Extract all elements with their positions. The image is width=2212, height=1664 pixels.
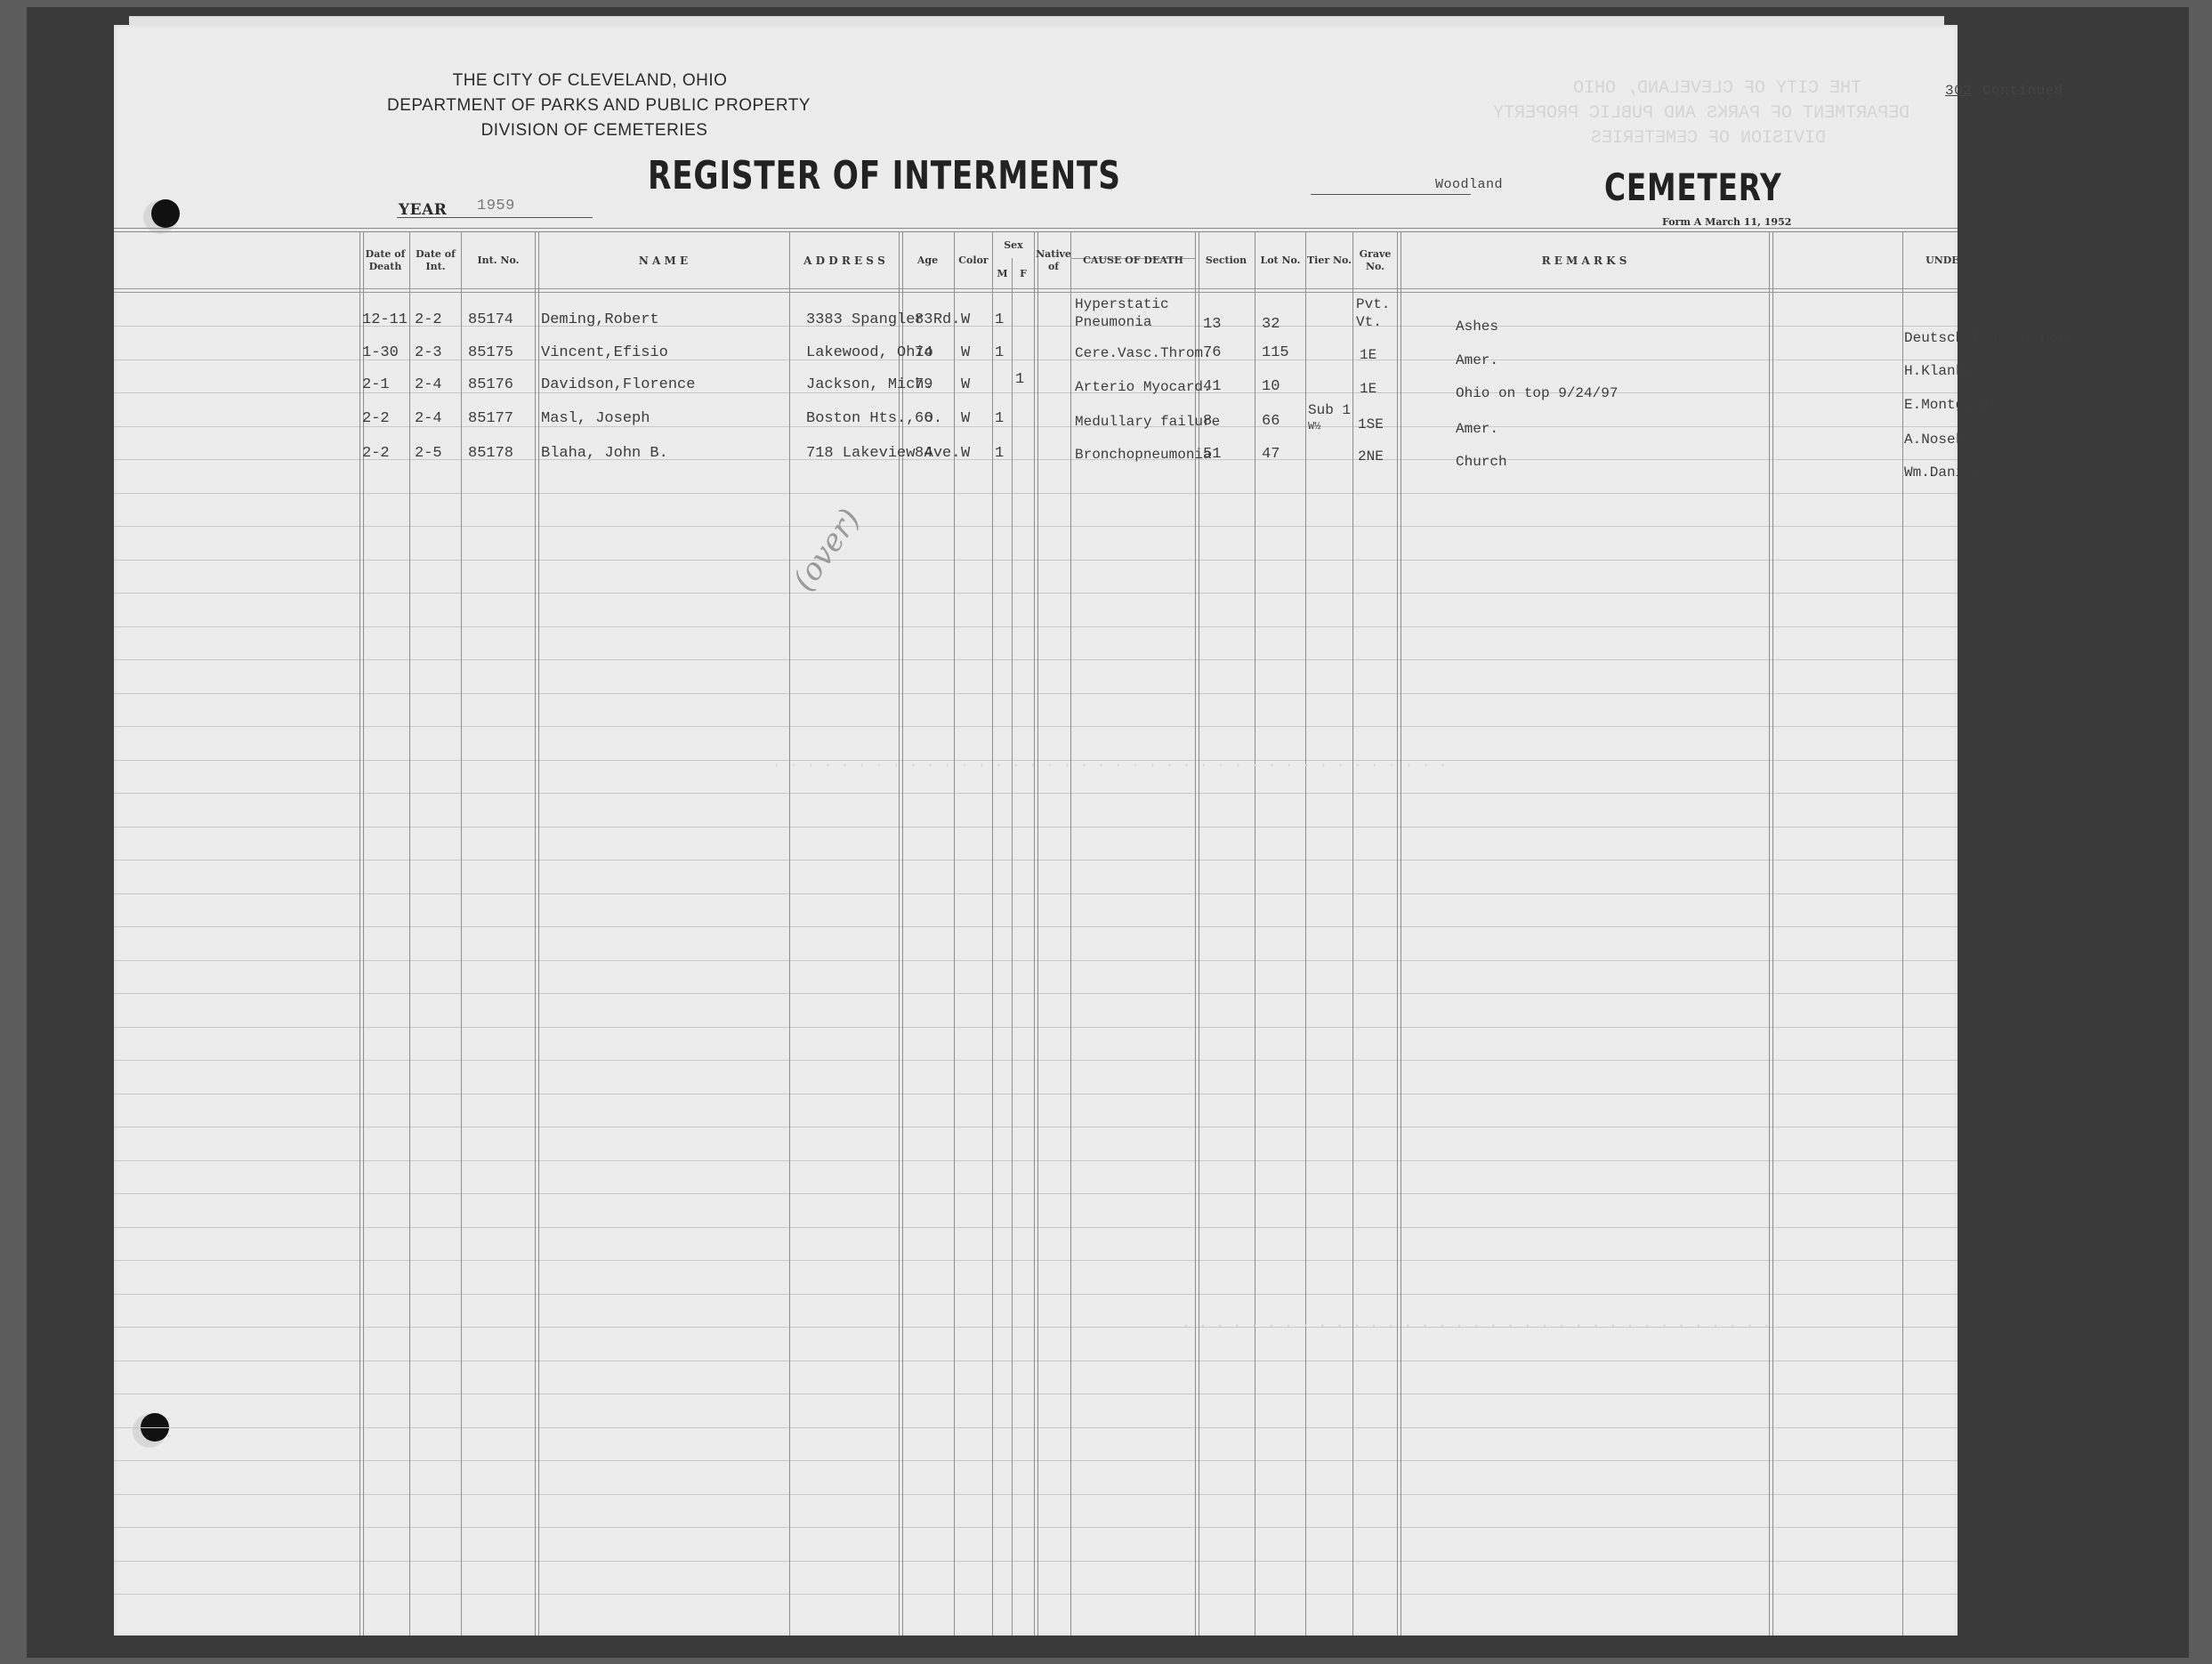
- cell-int-no: 85177: [468, 411, 513, 427]
- cell-lot: 115: [1262, 345, 1289, 361]
- cell-color: W: [961, 377, 970, 393]
- cell-cause: Cere.Vasc.Throm.: [1075, 345, 1212, 361]
- col-divider: [1070, 231, 1071, 1636]
- col-header-section: Section: [1198, 233, 1255, 288]
- year-underline: [397, 217, 593, 218]
- cell-section: 51: [1203, 447, 1221, 463]
- cell-date-of-death: 2-2: [362, 446, 390, 462]
- cell-section: 76: [1203, 345, 1221, 361]
- cemetery-name-underline: [1311, 194, 1471, 195]
- cell-date-of-death: 2-2: [362, 411, 390, 427]
- page-number: 302: [1945, 83, 1972, 99]
- cell-name: Masl, Joseph: [541, 411, 650, 427]
- cell-grave: 1E: [1360, 347, 1376, 363]
- cell-sex-m: 1: [995, 411, 1004, 427]
- cell-section: 41: [1203, 379, 1221, 395]
- cell-cause: Bronchopneumonia: [1075, 447, 1212, 463]
- bleed-through-text: . . . . . . . . . . . . . . . . . . . . …: [1182, 1315, 1772, 1331]
- col-header-remarks: R E M A R K S: [1400, 233, 1769, 288]
- page-title: REGISTER OF INTERMENTS: [648, 153, 1121, 198]
- cell-sex-f: 1: [1015, 372, 1024, 388]
- cell-int-no: 85178: [468, 446, 513, 462]
- year-label: YEAR: [399, 201, 447, 219]
- col-header-sex-f: F: [1013, 260, 1034, 288]
- cell-age: 74: [915, 345, 932, 361]
- cell-address: 3383 Spangler Rd.: [806, 312, 960, 328]
- cell-age: 66: [915, 411, 932, 427]
- cell-cause-line1: Hyperstatic: [1075, 296, 1169, 312]
- col-divider: [409, 231, 410, 1636]
- cell-grave: 1E: [1360, 381, 1376, 397]
- cell-color: W: [961, 312, 970, 328]
- cell-cause-line2: Pneumonia: [1075, 314, 1151, 330]
- cell-section: 8: [1203, 414, 1212, 430]
- cell-color: W: [961, 446, 970, 462]
- col-divider: [535, 231, 539, 1636]
- cell-undertaker: E.Montgomery: [1904, 397, 2006, 413]
- cell-date-of-int: 2-2: [415, 312, 442, 328]
- col-divider: [789, 231, 790, 1636]
- col-divider: [954, 231, 955, 1636]
- cell-date-of-death: 2-1: [362, 377, 390, 393]
- cell-undertaker: A.Nosek: [1904, 432, 1964, 448]
- col-divider: [1397, 231, 1401, 1636]
- cell-address: 718 Lakeview Ave.: [806, 446, 960, 462]
- cell-lot: 66: [1262, 414, 1280, 430]
- cell-int-no: 85176: [468, 377, 513, 393]
- col-header-native-of: Native of: [1037, 233, 1070, 288]
- punch-hole-top: [151, 199, 180, 228]
- cell-undertaker: Deutsch Funeral Hom: [1904, 330, 2066, 346]
- col-divider: [1305, 231, 1306, 1636]
- cell-age: 83: [915, 312, 932, 328]
- bleed-through-text: DEPARTMENT OF PARKS AND PUBLIC PROPERTY: [1493, 103, 1909, 124]
- cell-grave-line1: Pvt.: [1356, 296, 1390, 312]
- cell-remarks: Amer.: [1456, 421, 1498, 437]
- cell-date-of-int: 2-4: [415, 411, 442, 427]
- register-page: THE CITY OF CLEVELAND, OHIO DEPARTMENT O…: [114, 25, 1958, 1636]
- col-header-grave-no: Grave No.: [1353, 233, 1397, 288]
- cell-name: Deming,Robert: [541, 312, 659, 328]
- cell-sex-m: 1: [995, 446, 1004, 462]
- cell-undertaker: H.Klanke: [1904, 363, 1973, 379]
- bleed-through-text: . . . . . . . . . . . . . . . . . . . . …: [772, 755, 1448, 771]
- org-line-city: THE CITY OF CLEVELAND, OHIO: [390, 71, 790, 91]
- cell-remarks: Amer.: [1456, 352, 1498, 368]
- col-header-sex-m: M: [993, 260, 1012, 288]
- cell-grave: 2NE: [1358, 448, 1384, 464]
- cell-undertaker: Wm.Daniels: [1904, 464, 1990, 481]
- bleed-through-text: DIVISION OF CEMETERIES: [1591, 128, 1826, 149]
- col-divider: [1034, 231, 1038, 1636]
- col-header-age: Age: [901, 233, 954, 288]
- col-divider: [1769, 231, 1773, 1636]
- col-divider: [1255, 231, 1255, 1636]
- cell-name: Vincent,Efisio: [541, 345, 668, 361]
- cell-date-of-int: 2-4: [415, 377, 442, 393]
- cell-name: Davidson,Florence: [541, 377, 695, 393]
- col-header-sex: Sex: [993, 233, 1034, 258]
- cell-date-of-int: 2-5: [415, 446, 442, 462]
- col-header-address: A D D R E S S: [790, 233, 899, 288]
- col-header-date-of-int: Date of Int.: [410, 233, 461, 288]
- cell-date-of-death: 12-11: [362, 312, 408, 328]
- cell-remarks: Ohio on top 9/24/97: [1456, 385, 1618, 401]
- col-divider: [899, 231, 903, 1636]
- col-header-name: N A M E: [537, 233, 789, 288]
- cell-cause: Arterio Myocard.: [1075, 379, 1212, 395]
- form-version-note: Form A March 11, 1952: [1662, 216, 1791, 228]
- org-line-department: DEPARTMENT OF PARKS AND PUBLIC PROPERTY: [381, 96, 817, 116]
- handwritten-over-note: (over): [786, 503, 868, 598]
- col-header-date-of-death: Date of Death: [361, 233, 409, 288]
- cell-tier-line2: W½: [1308, 418, 1320, 434]
- cell-lot: 10: [1262, 379, 1280, 395]
- cell-grave: 1SE: [1358, 416, 1384, 432]
- cell-lot: 32: [1262, 317, 1280, 333]
- col-divider: [1012, 258, 1013, 1636]
- cell-color: W: [961, 345, 970, 361]
- col-header-tier-no: Tier No.: [1306, 233, 1352, 288]
- bleed-through-text: THE CITY OF CLEVELAND, OHIO: [1573, 78, 1861, 99]
- year-value: 1959: [477, 198, 515, 214]
- col-header-color: Color: [955, 233, 992, 288]
- cell-tier-line1: Sub 1: [1308, 402, 1351, 418]
- col-header-cause-of-death: CAUSE OF DEATH: [1071, 233, 1195, 288]
- cell-section: 13: [1203, 317, 1221, 333]
- col-divider: [1352, 231, 1353, 1636]
- cell-name: Blaha, John B.: [541, 446, 668, 462]
- cell-date-of-death: 1-30: [362, 345, 399, 361]
- col-divider: [992, 231, 993, 1636]
- cell-age: 79: [915, 377, 932, 393]
- col-divider: [1195, 231, 1199, 1636]
- col-divider: [1902, 231, 1903, 1636]
- cell-cause: Medullary failure: [1075, 414, 1220, 430]
- cell-sex-m: 1: [995, 345, 1004, 361]
- cell-remarks: Ashes: [1456, 319, 1498, 335]
- cell-age: 84: [915, 446, 932, 462]
- col-divider: [359, 231, 364, 1636]
- cemetery-label: CEMETERY: [1604, 166, 1782, 209]
- cell-lot: 47: [1262, 447, 1280, 463]
- cell-grave-line2: Vt.: [1356, 314, 1382, 330]
- col-header-undertaker: UNDERTAKER: [1903, 233, 2028, 288]
- cell-remarks: Church: [1456, 454, 1507, 470]
- col-header-lot-no: Lot No.: [1255, 233, 1305, 288]
- cell-int-no: 85175: [468, 345, 513, 361]
- cell-color: W: [961, 411, 970, 427]
- org-line-division: DIVISION OF CEMETERIES: [390, 121, 799, 141]
- col-divider: [461, 231, 462, 1636]
- col-header-int-no: Int. No.: [462, 233, 535, 288]
- cell-int-no: 85174: [468, 312, 513, 328]
- cell-date-of-int: 2-3: [415, 345, 442, 361]
- cemetery-name: Woodland: [1435, 177, 1503, 192]
- page-continued-note: Continued: [1982, 83, 2063, 99]
- cell-sex-m: 1: [995, 312, 1004, 328]
